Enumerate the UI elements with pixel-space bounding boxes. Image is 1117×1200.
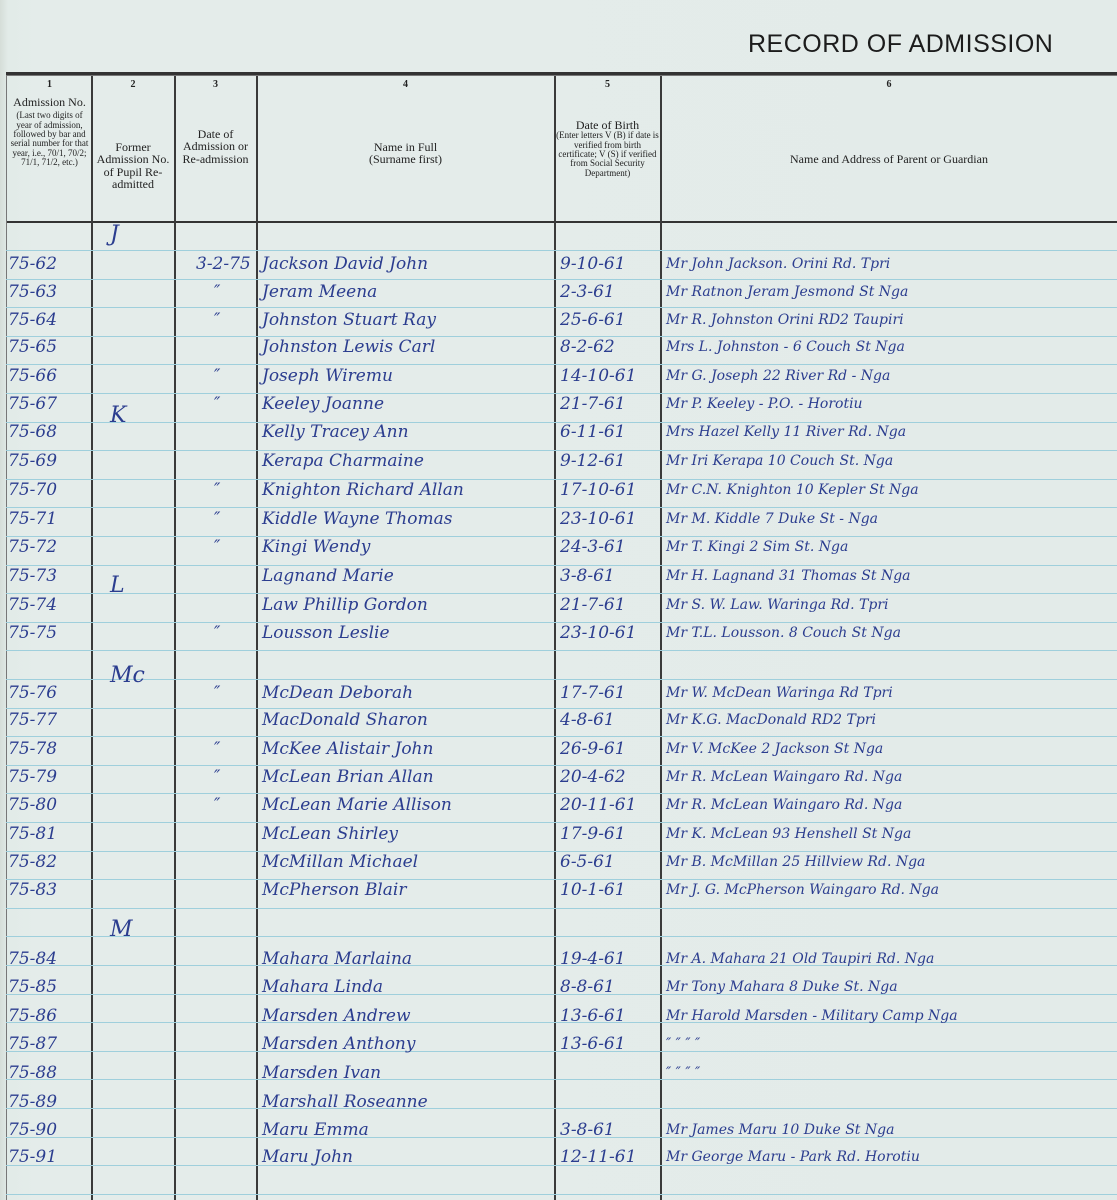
section-letter: L	[110, 576, 125, 596]
parent-address-cell: Mr Harold Marsden - Military Camp Nga	[666, 1006, 958, 1026]
admission-no-cell: 75-83	[8, 880, 57, 900]
date-of-birth-cell: 9-10-61	[560, 254, 626, 274]
full-name-cell: Kelly Tracey Ann	[262, 422, 409, 442]
date-of-birth-cell: 21-7-61	[560, 595, 626, 615]
column-divider	[174, 76, 176, 1200]
date-of-birth-cell: 24-3-61	[560, 537, 626, 557]
date-of-birth-cell: 17-9-61	[560, 824, 626, 844]
admission-date-cell: ″	[214, 795, 220, 815]
parent-address-cell: Mr A. Mahara 21 Old Taupiri Rd. Nga	[666, 949, 934, 969]
ruled-line	[6, 593, 1117, 594]
ruled-line	[6, 250, 1117, 251]
parent-address-cell: Mr K.G. MacDonald RD2 Tpri	[666, 710, 876, 730]
admission-no-cell: 75-86	[8, 1006, 57, 1026]
column-divider	[256, 76, 258, 1200]
section-letter: J	[110, 225, 119, 245]
column-label: Admission No.	[8, 96, 91, 109]
admission-no-cell: 75-90	[8, 1120, 57, 1140]
column-header-former-admission: 2 Former Admission No. of Pupil Re-admit…	[92, 80, 174, 191]
header-bottom-rule	[6, 221, 1117, 223]
column-label: Name and Address of Parent or Guardian	[661, 153, 1117, 166]
date-of-birth-cell: 26-9-61	[560, 739, 626, 759]
full-name-cell: Kiddle Wayne Thomas	[262, 509, 452, 529]
column-header-date-admission: 3 Date of Admission or Re-admission	[175, 80, 256, 165]
admission-no-cell: 75-81	[8, 824, 57, 844]
column-label: Former Admission No. of Pupil Re-admitte…	[92, 141, 174, 191]
admission-no-cell: 75-89	[8, 1092, 57, 1112]
parent-address-cell: Mr J. G. McPherson Waingaro Rd. Nga	[666, 880, 939, 900]
admission-date-cell: ″	[214, 480, 220, 500]
admission-no-cell: 75-73	[8, 566, 57, 586]
full-name-cell: Mahara Linda	[262, 977, 383, 997]
column-header-admission-no: 1 Admission No. (Last two digits of year…	[8, 80, 91, 168]
parent-address-cell: Mr H. Lagnand 31 Thomas St Nga	[666, 566, 911, 586]
ledger-page: RECORD OF ADMISSION 1 Admission No. (Las…	[0, 0, 1117, 1200]
admission-no-cell: 75-69	[8, 451, 57, 471]
date-of-birth-cell: 6-5-61	[560, 852, 615, 872]
admission-date-cell: ″	[214, 767, 220, 787]
full-name-cell: Law Phillip Gordon	[262, 595, 428, 615]
admission-no-cell: 75-79	[8, 767, 57, 787]
ruled-line	[6, 822, 1117, 823]
date-of-birth-cell: 8-2-62	[560, 337, 615, 357]
admission-no-cell: 75-91	[8, 1147, 57, 1167]
date-of-birth-cell: 13-6-61	[560, 1034, 626, 1054]
date-of-birth-cell: 2-3-61	[560, 282, 615, 302]
full-name-cell: Maru John	[262, 1147, 353, 1167]
admission-date-cell: ″	[214, 537, 220, 557]
full-name-cell: Marsden Ivan	[262, 1063, 381, 1083]
date-of-birth-cell: 4-8-61	[560, 710, 615, 730]
full-name-cell: Jeram Meena	[262, 282, 377, 302]
admission-date-cell: ″	[214, 509, 220, 529]
parent-address-cell: Mr R. McLean Waingaro Rd. Nga	[666, 795, 902, 815]
column-number: 3	[175, 80, 256, 91]
full-name-cell: Kingi Wendy	[262, 537, 370, 557]
parent-address-cell: Mr R. McLean Waingaro Rd. Nga	[666, 767, 902, 787]
admission-date-cell: ″	[214, 394, 220, 414]
date-of-birth-cell: 21-7-61	[560, 394, 626, 414]
full-name-cell: Marsden Anthony	[262, 1034, 415, 1054]
column-divider	[91, 76, 93, 1200]
page-title: RECORD OF ADMISSION	[748, 30, 1053, 59]
parent-address-cell: Mr G. Joseph 22 River Rd - Nga	[666, 366, 890, 386]
parent-address-cell: Mr Tony Mahara 8 Duke St. Nga	[666, 977, 898, 997]
full-name-cell: Jackson David John	[262, 254, 428, 274]
parent-address-cell: Mr Ratnon Jeram Jesmond St Nga	[666, 282, 908, 302]
admission-no-cell: 75-88	[8, 1063, 57, 1083]
column-note: (Surname first)	[257, 153, 554, 166]
section-letter: K	[110, 406, 126, 426]
admission-no-cell: 75-85	[8, 977, 57, 997]
admission-no-cell: 75-76	[8, 683, 57, 703]
parent-address-cell: Mrs Hazel Kelly 11 River Rd. Nga	[666, 422, 906, 442]
column-divider	[660, 76, 662, 1200]
ruled-line	[6, 1108, 1117, 1109]
full-name-cell: Johnston Stuart Ray	[262, 310, 436, 330]
ruled-line	[6, 650, 1117, 651]
column-divider	[554, 76, 556, 1200]
ruled-line	[6, 793, 1117, 794]
full-name-cell: Marshall Roseanne	[262, 1092, 428, 1112]
admission-date-cell: ″	[214, 739, 220, 759]
column-label: Date of Admission or Re-admission	[175, 128, 256, 166]
date-of-birth-cell: 13-6-61	[560, 1006, 626, 1026]
column-number: 5	[555, 80, 660, 91]
full-name-cell: McLean Marie Allison	[262, 795, 452, 815]
admission-date-cell: ″	[214, 366, 220, 386]
parent-address-cell: Mr George Maru - Park Rd. Horotiu	[666, 1147, 920, 1167]
parent-address-cell: Mr T.L. Lousson. 8 Couch St Nga	[666, 623, 901, 643]
ruled-line	[6, 679, 1117, 680]
full-name-cell: MacDonald Sharon	[262, 710, 428, 730]
admission-no-cell: 75-67	[8, 394, 57, 414]
admission-no-cell: 75-78	[8, 739, 57, 759]
column-note: (Enter letters V (B) if date is verified…	[555, 131, 660, 178]
date-of-birth-cell: 9-12-61	[560, 451, 626, 471]
date-of-birth-cell: 25-6-61	[560, 310, 626, 330]
admission-no-cell: 75-84	[8, 949, 57, 969]
admission-no-cell: 75-77	[8, 710, 57, 730]
full-name-cell: McMillan Michael	[262, 852, 418, 872]
full-name-cell: McDean Deborah	[262, 683, 413, 703]
column-header-dob: 5 Date of Birth (Enter letters V (B) if …	[555, 80, 660, 178]
admission-no-cell: 75-68	[8, 422, 57, 442]
full-name-cell: Keeley Joanne	[262, 394, 384, 414]
date-of-birth-cell: 3-8-61	[560, 1120, 615, 1140]
ruled-line	[6, 1079, 1117, 1080]
column-number: 4	[257, 80, 554, 91]
full-name-cell: Johnston Lewis Carl	[262, 337, 435, 357]
ruled-line	[6, 279, 1117, 280]
date-of-birth-cell: 23-10-61	[560, 623, 636, 643]
parent-address-cell: Mr M. Kiddle 7 Duke St - Nga	[666, 509, 878, 529]
parent-address-cell: Mr K. McLean 93 Henshell St Nga	[666, 824, 911, 844]
parent-address-cell: Mr C.N. Knighton 10 Kepler St Nga	[666, 480, 919, 500]
admission-date-cell: 3-2-75	[196, 254, 251, 274]
date-of-birth-cell: 6-11-61	[560, 422, 626, 442]
full-name-cell: Marsden Andrew	[262, 1006, 411, 1026]
page-left-edge	[6, 76, 7, 1200]
admission-no-cell: 75-65	[8, 337, 57, 357]
ruled-line	[6, 307, 1117, 308]
parent-address-cell: ″ ″ ″ ″	[666, 1063, 700, 1083]
ruled-line	[6, 736, 1117, 737]
parent-address-cell: Mr R. Johnston Orini RD2 Taupiri	[666, 310, 904, 330]
parent-address-cell: Mr T. Kingi 2 Sim St. Nga	[666, 537, 848, 557]
admission-no-cell: 75-66	[8, 366, 57, 386]
full-name-cell: Mahara Marlaina	[262, 949, 412, 969]
admission-no-cell: 75-74	[8, 595, 57, 615]
column-number: 1	[8, 80, 91, 91]
full-name-cell: McLean Brian Allan	[262, 767, 434, 787]
full-name-cell: McPherson Blair	[262, 880, 406, 900]
section-letter: Mc	[110, 666, 145, 686]
full-name-cell: Knighton Richard Allan	[262, 480, 464, 500]
date-of-birth-cell: 10-1-61	[560, 880, 626, 900]
admission-no-cell: 75-82	[8, 852, 57, 872]
column-note: (Last two digits of year of admission, f…	[8, 111, 91, 168]
parent-address-cell: Mr B. McMillan 25 Hillview Rd. Nga	[666, 852, 925, 872]
admission-no-cell: 75-63	[8, 282, 57, 302]
date-of-birth-cell: 20-4-62	[560, 767, 626, 787]
admission-date-cell: ″	[214, 623, 220, 643]
parent-address-cell: Mr W. McDean Waringa Rd Tpri	[666, 683, 893, 703]
date-of-birth-cell: 17-10-61	[560, 480, 636, 500]
admission-no-cell: 75-70	[8, 480, 57, 500]
parent-address-cell: Mrs L. Johnston - 6 Couch St Nga	[666, 337, 905, 357]
admission-no-cell: 75-72	[8, 537, 57, 557]
full-name-cell: Joseph Wiremu	[262, 366, 393, 386]
full-name-cell: Lagnand Marie	[262, 566, 394, 586]
admission-no-cell: 75-62	[8, 254, 57, 274]
parent-address-cell: Mr S. W. Law. Waringa Rd. Tpri	[666, 595, 889, 615]
full-name-cell: Maru Emma	[262, 1120, 369, 1140]
full-name-cell: Kerapa Charmaine	[262, 451, 424, 471]
admission-no-cell: 75-71	[8, 509, 57, 529]
ruled-line	[6, 1194, 1117, 1195]
date-of-birth-cell: 14-10-61	[560, 366, 636, 386]
full-name-cell: McKee Alistair John	[262, 739, 433, 759]
admission-no-cell: 75-87	[8, 1034, 57, 1054]
date-of-birth-cell: 17-7-61	[560, 683, 626, 703]
admission-date-cell: ″	[214, 310, 220, 330]
column-number: 2	[92, 80, 174, 91]
date-of-birth-cell: 23-10-61	[560, 509, 636, 529]
date-of-birth-cell: 3-8-61	[560, 566, 615, 586]
column-number: 6	[661, 80, 1117, 91]
date-of-birth-cell: 12-11-61	[560, 1147, 636, 1167]
section-letter: M	[110, 920, 133, 940]
parent-address-cell: Mr John Jackson. Orini Rd. Tpri	[666, 254, 890, 274]
date-of-birth-cell: 19-4-61	[560, 949, 626, 969]
full-name-cell: Lousson Leslie	[262, 623, 390, 643]
ruled-line	[6, 765, 1117, 766]
admission-date-cell: ″	[214, 683, 220, 703]
column-header-name: 4 Name in Full (Surname first)	[257, 80, 554, 166]
parent-address-cell: ″ ″ ″ ″	[666, 1034, 700, 1054]
admission-no-cell: 75-75	[8, 623, 57, 643]
date-of-birth-cell: 20-11-61	[560, 795, 636, 815]
ruled-line	[6, 936, 1117, 937]
admission-no-cell: 75-64	[8, 310, 57, 330]
parent-address-cell: Mr P. Keeley - P.O. - Horotiu	[666, 394, 863, 414]
date-of-birth-cell: 8-8-61	[560, 977, 615, 997]
ruled-line	[6, 364, 1117, 365]
full-name-cell: McLean Shirley	[262, 824, 398, 844]
column-header-parent: 6 Name and Address of Parent or Guardian	[661, 80, 1117, 165]
ruled-line	[6, 708, 1117, 709]
parent-address-cell: Mr James Maru 10 Duke St Nga	[666, 1120, 894, 1140]
parent-address-cell: Mr V. McKee 2 Jackson St Nga	[666, 739, 883, 759]
header-top-rule	[6, 72, 1117, 76]
admission-no-cell: 75-80	[8, 795, 57, 815]
admission-date-cell: ″	[214, 282, 220, 302]
ruled-line	[6, 507, 1117, 508]
parent-address-cell: Mr Iri Kerapa 10 Couch St. Nga	[666, 451, 893, 471]
ruled-line	[6, 908, 1117, 909]
